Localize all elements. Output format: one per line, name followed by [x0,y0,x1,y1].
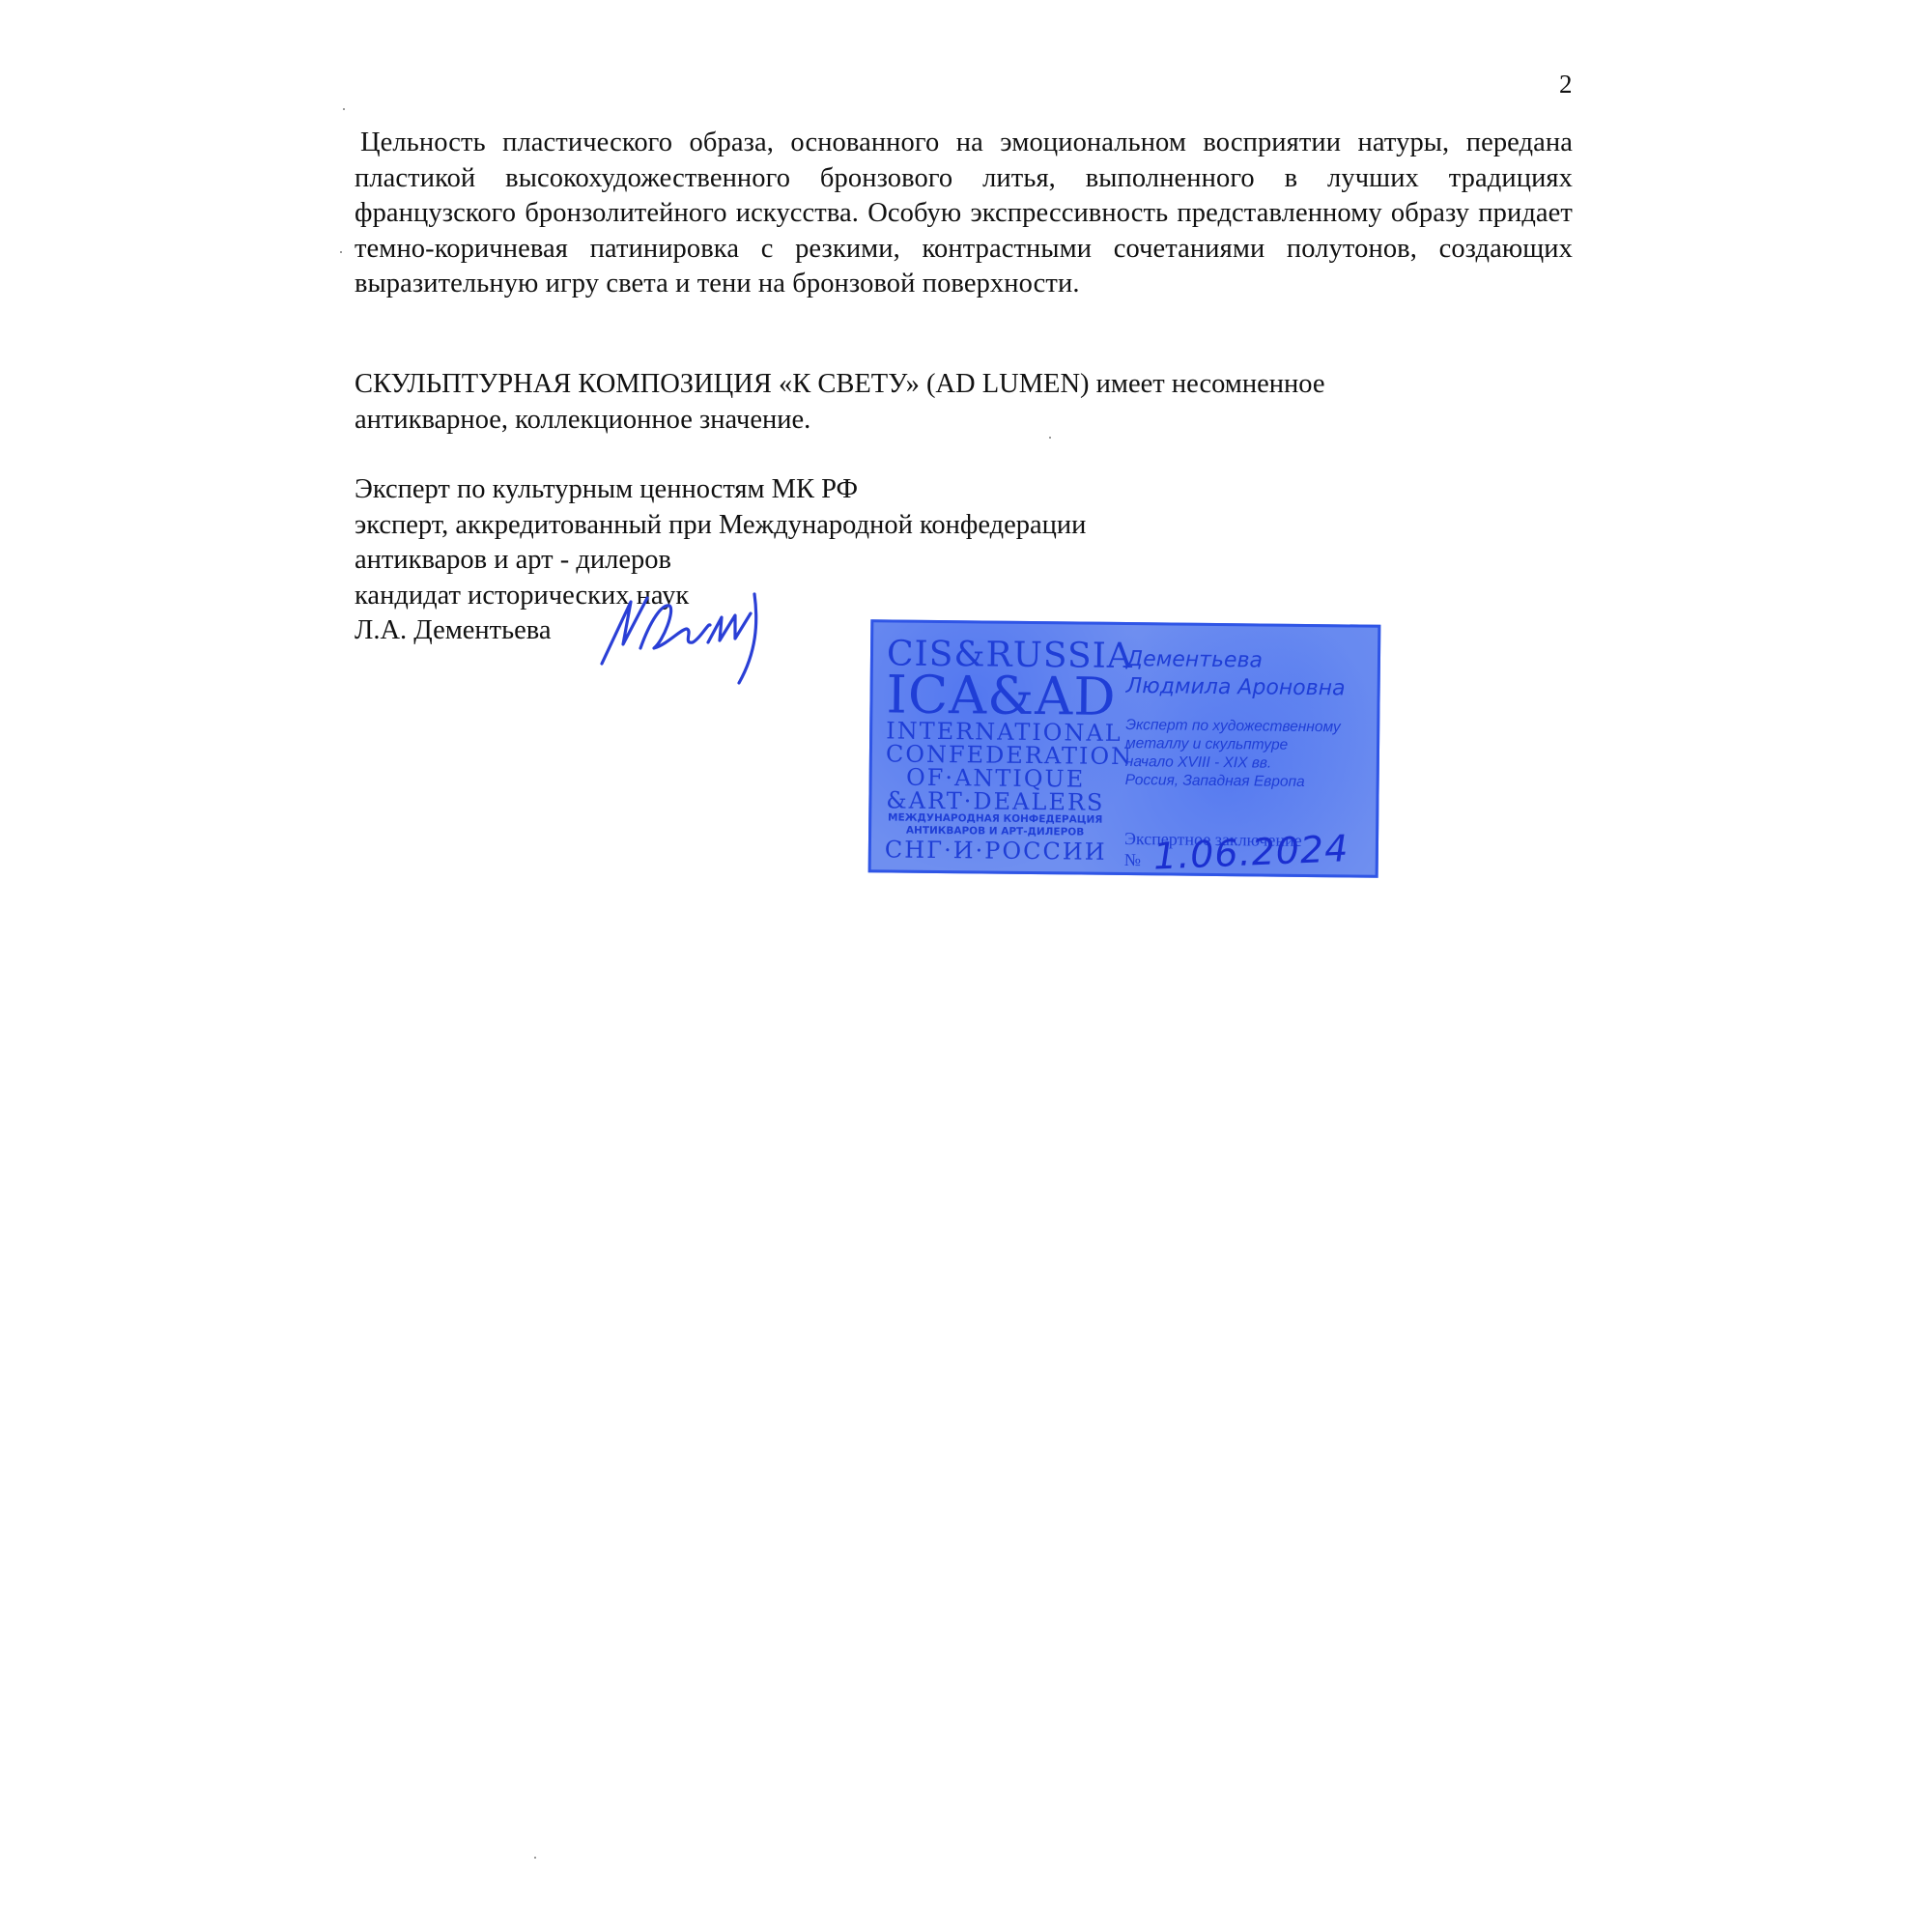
description-paragraph: Цельность пластического образа, основанн… [355,126,1573,302]
expert-accreditation: эксперт, аккредитованный при Международн… [355,508,1086,544]
stamp-surname: Дементьева [1126,646,1376,676]
conclusion-line: СКУЛЬПТУРНАЯ КОМПОЗИЦИЯ «К СВЕТУ» (AD LU… [355,367,1325,403]
conclusion-statement: СКУЛЬПТУРНАЯ КОМПОЗИЦИЯ «К СВЕТУ» (AD LU… [355,367,1325,438]
stamp-number-underline [1153,873,1347,877]
expert-title: Эксперт по культурным ценностям МК РФ [355,472,1086,508]
expert-accreditation-cont: антикваров и арт - дилеров [355,543,1086,579]
scan-speck [1049,437,1051,439]
stamp-specialization: Эксперт по художественному металлу и ску… [1125,716,1376,792]
stamp-given-names: Людмила Ароновна [1126,673,1376,703]
stamp-expert-details: Дементьева Людмила Ароновна Эксперт по х… [1125,646,1377,792]
handwritten-signature-icon [594,584,807,691]
conclusion-line: антикварное, коллекционное значение. [355,403,1325,439]
stamp-text: &ART·DEALERS [885,788,1105,813]
stamp-handwritten-date: 1.06.2024 [1152,827,1350,877]
confederation-logo: CIS&RUSSIA ICA&AD INTERNATIONAL CONFEDER… [885,638,1107,864]
expert-stamp: CIS&RUSSIA ICA&AD INTERNATIONAL CONFEDER… [868,619,1381,878]
stamp-spec-line: Россия, Западная Европа [1125,771,1375,792]
scan-speck [343,108,345,110]
scan-speck [340,251,342,253]
stamp-text: ICA&AD [886,670,1107,721]
stamp-text: СНГ·И·РОССИИ [885,837,1105,864]
scan-speck [534,1857,536,1859]
page-number: 2 [1559,71,1573,98]
